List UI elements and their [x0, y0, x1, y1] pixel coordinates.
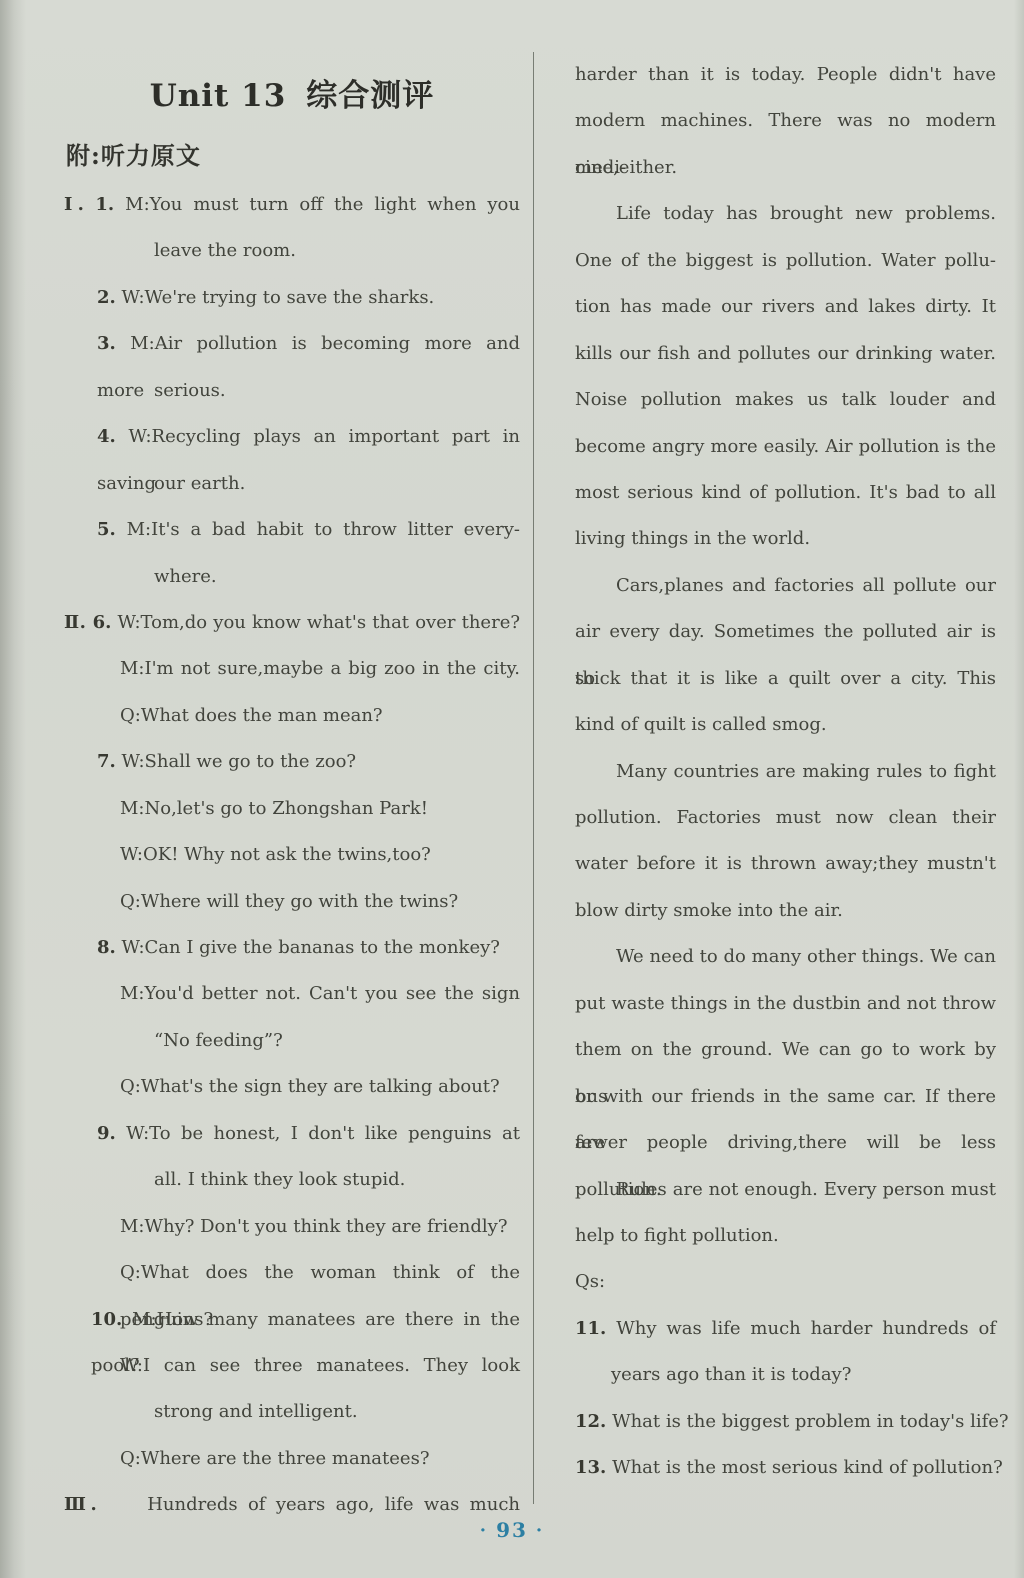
line-text: water before it is thrown away;they must…: [575, 853, 996, 874]
line-text: years ago than it is today?: [611, 1364, 851, 1385]
line-text: W:OK! Why not ask the twins,too?: [120, 844, 431, 865]
line-number-label: 10.: [91, 1309, 122, 1330]
line-text: all. I think they look stupid.: [154, 1169, 405, 1190]
text-line: One of the biggest is pollution. Water p…: [575, 238, 996, 284]
text-line: Q:What's the sign they are talking about…: [64, 1064, 520, 1110]
text-line: or with our friends in the same car. If …: [575, 1074, 996, 1120]
text-line: blow dirty smoke into the air.: [575, 888, 996, 934]
line-text: Rules are not enough. Every person must: [616, 1179, 996, 1200]
text-line: 4. W:Recycling plays an important part i…: [64, 414, 520, 460]
line-text: Hundreds of years ago, life was much: [147, 1494, 520, 1515]
text-line: them on the ground. We can go to work by…: [575, 1027, 996, 1073]
text-line: M:I'm not sure,maybe a big zoo in the ci…: [64, 646, 520, 692]
text-line: 10. M:How many manatees are there in the…: [64, 1297, 520, 1343]
text-line: most serious kind of pollution. It's bad…: [575, 470, 996, 516]
text-line: Q:Where will they go with the twins?: [64, 879, 520, 925]
line-text: W:To be honest, I don't like penguins at: [126, 1123, 520, 1144]
text-line: Qs:: [575, 1259, 996, 1305]
column-divider-rule: [533, 52, 534, 1504]
text-line: Cars,planes and factories all pollute ou…: [575, 563, 996, 609]
text-line: Q:Where are the three manatees?: [64, 1436, 520, 1482]
line-text: kind of quilt is called smog.: [575, 714, 827, 735]
line-text: our earth.: [154, 473, 245, 494]
line-text: M:It's a bad habit to throw litter every…: [127, 519, 520, 540]
line-text: most serious kind of pollution. It's bad…: [575, 482, 996, 503]
text-line: 8. W:Can I give the bananas to the monke…: [64, 925, 520, 971]
line-number-label: 9.: [97, 1123, 116, 1144]
text-line: 3. M:Air pollution is becoming more and …: [64, 321, 520, 367]
line-number-label: 5.: [97, 519, 116, 540]
line-number-label: 13.: [575, 1457, 606, 1478]
line-text: blow dirty smoke into the air.: [575, 900, 843, 921]
text-line: living things in the world.: [575, 516, 996, 562]
line-text: living things in the world.: [575, 528, 810, 549]
text-line: Q:What does the man mean?: [64, 693, 520, 739]
line-number-label: Ⅲ.: [64, 1494, 97, 1515]
line-text: What is the biggest problem in today's l…: [612, 1411, 1009, 1432]
line-text: cine,either.: [575, 157, 677, 178]
text-line: M:Why? Don't you think they are friendly…: [64, 1204, 520, 1250]
page-edge-shadow: [1014, 0, 1024, 1578]
line-text: help to fight pollution.: [575, 1225, 779, 1246]
page-gutter-shadow: [0, 0, 26, 1578]
line-text: Noise pollution makes us talk louder and: [575, 389, 996, 410]
text-line: air every day. Sometimes the polluted ai…: [575, 609, 996, 655]
page-number: 93: [496, 1518, 528, 1542]
line-text: Why was life much harder hundreds of: [616, 1318, 996, 1339]
text-line: 9. W:To be honest, I don't like penguins…: [64, 1111, 520, 1157]
line-text: where.: [154, 566, 217, 587]
text-line: modern machines. There was no modern med…: [575, 98, 996, 144]
line-text: W:Can I give the bananas to the monkey?: [122, 937, 500, 958]
line-text: M:You'd better not. Can't you see the si…: [120, 983, 520, 1004]
line-text: Qs:: [575, 1271, 605, 1292]
text-line: 5. M:It's a bad habit to throw litter ev…: [64, 507, 520, 553]
line-text: Many countries are making rules to fight: [616, 761, 996, 782]
right-column-text: harder than it is today. People didn't h…: [575, 52, 996, 1492]
line-text: We need to do many other things. We can: [616, 946, 996, 967]
text-line: strong and intelligent.: [64, 1389, 520, 1435]
text-line: Rules are not enough. Every person must: [575, 1167, 996, 1213]
line-text: W:I can see three manatees. They look: [120, 1355, 520, 1376]
line-text: leave the room.: [154, 240, 296, 261]
text-line: 7. W:Shall we go to the zoo?: [64, 739, 520, 785]
line-text: put waste things in the dustbin and not …: [575, 993, 996, 1014]
line-number-label: 3.: [97, 333, 116, 354]
line-text: Q:What's the sign they are talking about…: [120, 1076, 500, 1097]
text-line: M:You'd better not. Can't you see the si…: [64, 971, 520, 1017]
left-column-text: Ⅰ. 1. M:You must turn off the light when…: [64, 182, 520, 1529]
text-line: kind of quilt is called smog.: [575, 702, 996, 748]
text-line: 12. What is the biggest problem in today…: [575, 1399, 996, 1445]
line-text: What is the most serious kind of polluti…: [612, 1457, 1003, 1478]
line-text: Cars,planes and factories all pollute ou…: [616, 575, 996, 596]
text-line: put waste things in the dustbin and not …: [575, 981, 996, 1027]
line-text: thick that it is like a quilt over a cit…: [575, 668, 996, 689]
text-line: Life today has brought new problems.: [575, 191, 996, 237]
text-line: tion has made our rivers and lakes dirty…: [575, 284, 996, 330]
text-line: fewer people driving,there will be less …: [575, 1120, 996, 1166]
text-line: 13. What is the most serious kind of pol…: [575, 1445, 996, 1491]
line-number-label: 12.: [575, 1411, 606, 1432]
line-text: One of the biggest is pollution. Water p…: [575, 250, 996, 271]
line-number-label: 8.: [97, 937, 116, 958]
line-text: W:We're trying to save the sharks.: [122, 287, 435, 308]
footer-left-dot: ·: [472, 1520, 496, 1541]
text-line: Ⅱ. 6. W:Tom,do you know what's that over…: [64, 600, 520, 646]
line-text: W:Shall we go to the zoo?: [122, 751, 357, 772]
page-footer: ·93·: [0, 1518, 1024, 1542]
line-text: pollution. Factories must now clean thei…: [575, 807, 996, 828]
footer-right-dot: ·: [528, 1520, 552, 1541]
text-line: become angry more easily. Air pollution …: [575, 424, 996, 470]
text-line: W:OK! Why not ask the twins,too?: [64, 832, 520, 878]
text-line: years ago than it is today?: [575, 1352, 996, 1398]
text-line: We need to do many other things. We can: [575, 934, 996, 980]
text-line: 2. W:We're trying to save the sharks.: [64, 275, 520, 321]
line-text: W:Tom,do you know what's that over there…: [118, 612, 520, 633]
text-line: kills our fish and pollutes our drinking…: [575, 331, 996, 377]
text-line: Noise pollution makes us talk louder and: [575, 377, 996, 423]
text-line: M:No,let's go to Zhongshan Park!: [64, 786, 520, 832]
line-text: M:I'm not sure,maybe a big zoo in the ci…: [120, 658, 520, 679]
line-number-label: 11.: [575, 1318, 606, 1339]
text-line: 11. Why was life much harder hundreds of: [575, 1306, 996, 1352]
text-line: where.: [64, 554, 520, 600]
text-line: leave the room.: [64, 228, 520, 274]
page-title-latin: Unit 13: [150, 78, 287, 114]
line-text: “No feeding”?: [154, 1030, 283, 1051]
page-title-cjk: 综合测评: [306, 78, 434, 114]
line-text: serious.: [154, 380, 226, 401]
text-line: thick that it is like a quilt over a cit…: [575, 656, 996, 702]
line-number-label: Ⅱ. 6.: [64, 612, 111, 633]
line-text: Q:Where will they go with the twins?: [120, 891, 458, 912]
text-line: “No feeding”?: [64, 1018, 520, 1064]
text-line: all. I think they look stupid.: [64, 1157, 520, 1203]
line-text: tion has made our rivers and lakes dirty…: [575, 296, 996, 317]
text-line: water before it is thrown away;they must…: [575, 841, 996, 887]
line-text: become angry more easily. Air pollution …: [575, 436, 996, 457]
text-line: help to fight pollution.: [575, 1213, 996, 1259]
line-number-label: 4.: [97, 426, 116, 447]
line-number-label: 2.: [97, 287, 116, 308]
page-title: Unit 13综合测评: [64, 70, 520, 115]
line-text: M:Why? Don't you think they are friendly…: [120, 1216, 507, 1237]
book-page: { "page": { "title": { "latin": "Unit 13…: [0, 0, 1024, 1578]
line-text: strong and intelligent.: [154, 1401, 358, 1422]
text-line: Q:What does the woman think of the pengu…: [64, 1250, 520, 1296]
line-text: harder than it is today. People didn't h…: [575, 64, 996, 85]
line-number-label: Ⅰ. 1.: [64, 194, 114, 215]
text-line: cine,either.: [575, 145, 996, 191]
line-text: Q:Where are the three manatees?: [120, 1448, 429, 1469]
text-line: Many countries are making rules to fight: [575, 749, 996, 795]
text-line: Ⅰ. 1. M:You must turn off the light when…: [64, 182, 520, 228]
text-line: harder than it is today. People didn't h…: [575, 52, 996, 98]
line-text: Life today has brought new problems.: [616, 203, 996, 224]
listening-transcript-heading: 附:听力原文: [66, 136, 201, 171]
line-text: M:You must turn off the light when you: [125, 194, 520, 215]
text-line: W:I can see three manatees. They look: [64, 1343, 520, 1389]
text-line: pollution. Factories must now clean thei…: [575, 795, 996, 841]
line-text: kills our fish and pollutes our drinking…: [575, 343, 996, 364]
line-number-label: 7.: [97, 751, 116, 772]
line-text: Q:What does the man mean?: [120, 705, 383, 726]
line-text: M:No,let's go to Zhongshan Park!: [120, 798, 428, 819]
